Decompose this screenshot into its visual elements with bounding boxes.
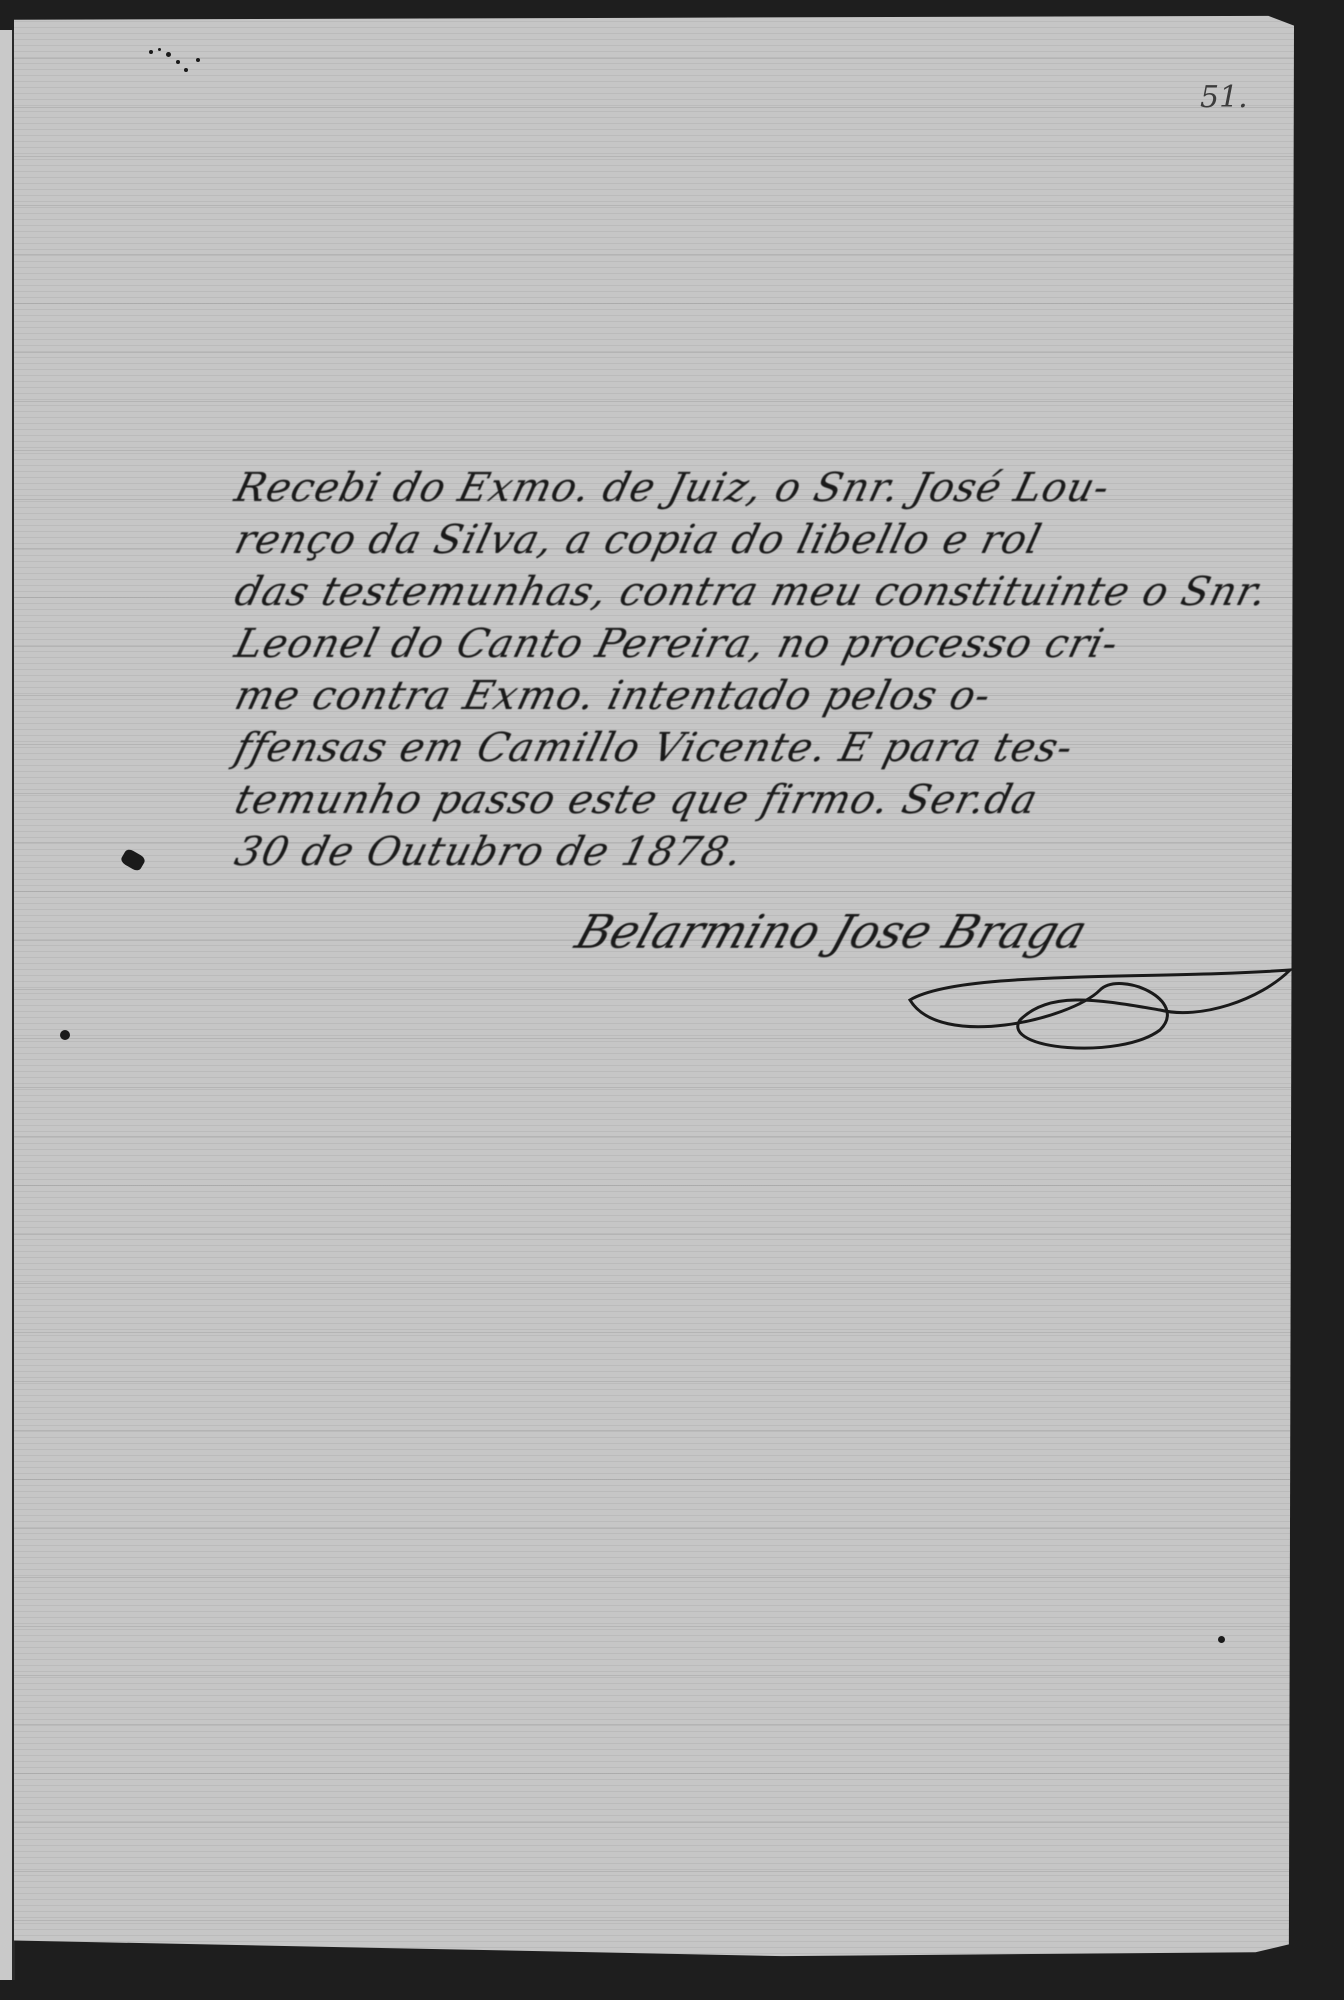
body-line: 30 de Outubro de 1878. xyxy=(230,826,1313,878)
handwritten-body: Recebi do Exmo. de Juiz, o Snr. José Lou… xyxy=(236,462,1306,878)
adjacent-page-edge xyxy=(0,30,15,1980)
body-line: me contra Exmo. intentado pelos o- xyxy=(230,670,1313,722)
body-line: Leonel do Canto Pereira, no processo cri… xyxy=(230,618,1313,670)
signature: Belarmino Jose Braga xyxy=(569,905,1094,959)
ink-speckles xyxy=(144,40,224,80)
body-line: Recebi do Exmo. de Juiz, o Snr. José Lou… xyxy=(230,462,1313,514)
signature-flourish-icon xyxy=(900,960,1300,1070)
body-line: renço da Silva, a copia do libello e rol xyxy=(230,514,1313,566)
ink-dot xyxy=(60,1030,70,1040)
body-line: das testemunhas, contra meu constituinte… xyxy=(230,566,1313,618)
folio-number: 51. xyxy=(1200,80,1248,115)
document-scan: 51. Recebi do Exmo. de Juiz, o Snr. José… xyxy=(0,0,1344,2000)
ink-dot xyxy=(1218,1636,1225,1643)
body-line: ffensas em Camillo Vicente. E para tes- xyxy=(230,722,1313,774)
body-line: temunho passo este que firmo. Ser.da xyxy=(230,774,1313,826)
